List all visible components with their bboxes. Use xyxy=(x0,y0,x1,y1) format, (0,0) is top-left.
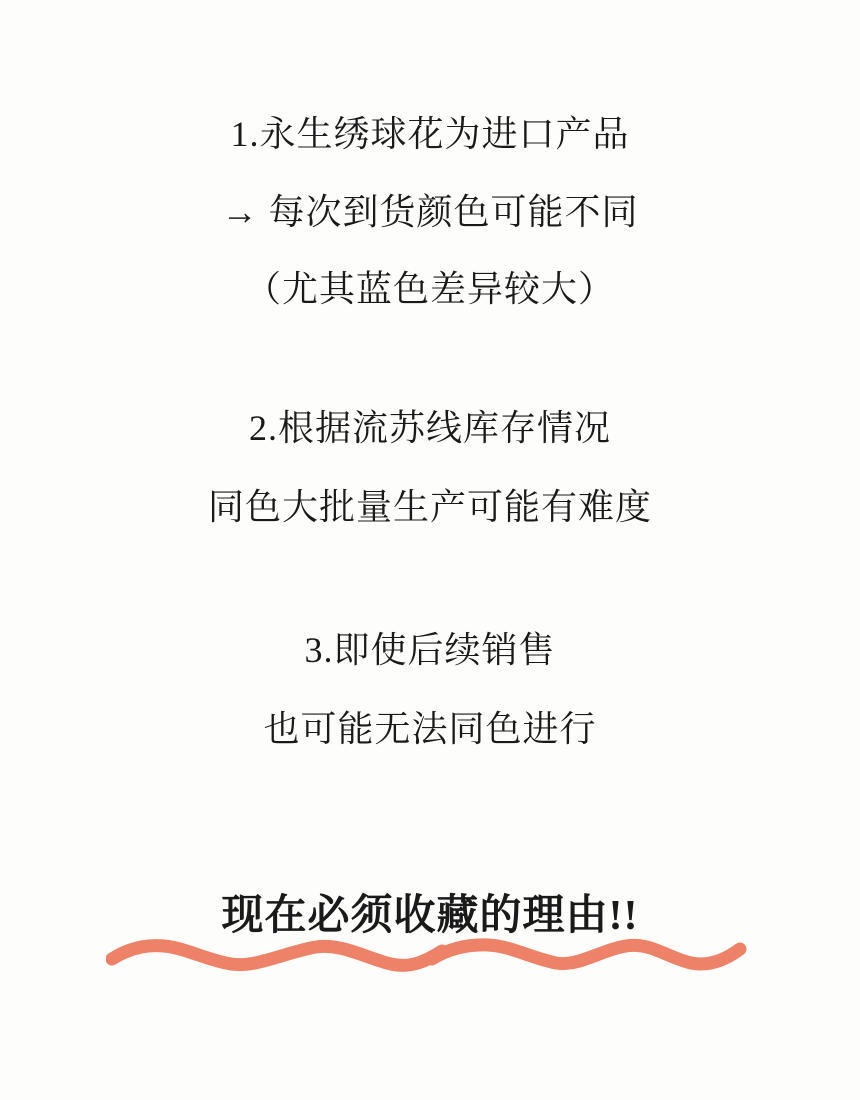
point1-parenthetical: （尤其蓝色差异较大） xyxy=(0,269,860,310)
wavy-underline-stroke-right xyxy=(432,945,740,964)
wavy-underline-stroke-left xyxy=(112,946,442,966)
promo-notice-page: { "colors": { "accent": "#ED8268", "text… xyxy=(0,0,860,1100)
point1-title: 1.永生绣球花为进口产品 xyxy=(0,114,860,155)
point3-title: 3.即使后续销售 xyxy=(0,630,860,671)
point1-arrow-note: → 每次到货颜色可能不同 xyxy=(0,192,860,233)
point3-detail: 也可能无法同色进行 xyxy=(0,709,860,750)
point2-title: 2.根据流苏线库存情况 xyxy=(0,408,860,449)
wavy-underline-icon xyxy=(106,932,756,978)
point2-detail: 同色大批量生产可能有难度 xyxy=(0,487,860,528)
